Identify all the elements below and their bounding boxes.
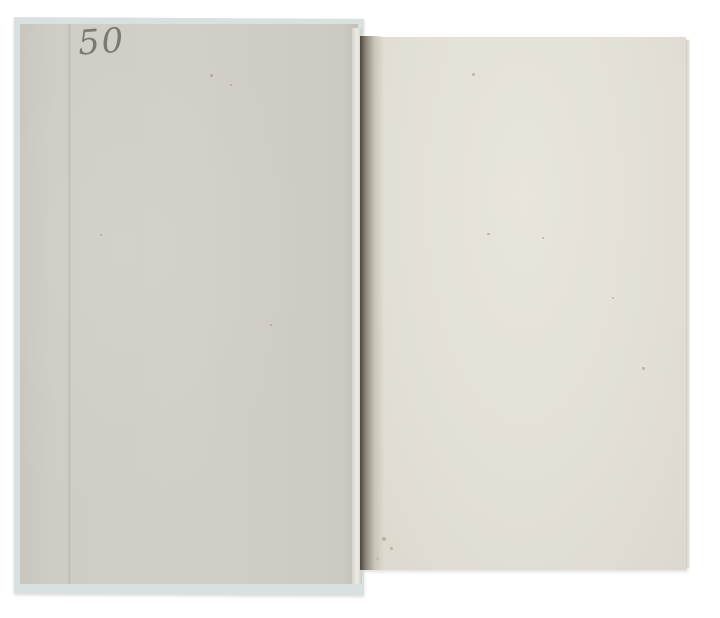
foxing-spot bbox=[230, 84, 232, 86]
foxing-spot bbox=[390, 547, 393, 550]
page-block-edge bbox=[686, 40, 690, 568]
foxing-spot bbox=[270, 324, 272, 326]
foxing-spot bbox=[472, 73, 475, 76]
handwritten-note: 50 bbox=[77, 20, 127, 63]
foxing-spot bbox=[487, 233, 490, 235]
foxing-spot bbox=[100, 234, 102, 236]
foxing-spot bbox=[210, 74, 213, 77]
foxing-spot bbox=[642, 367, 645, 370]
right-blank-page bbox=[362, 37, 686, 570]
gutter-shadow bbox=[360, 36, 384, 570]
left-endpaper bbox=[20, 24, 358, 584]
foxing-spot bbox=[542, 237, 544, 239]
foxing-spot bbox=[612, 297, 614, 299]
